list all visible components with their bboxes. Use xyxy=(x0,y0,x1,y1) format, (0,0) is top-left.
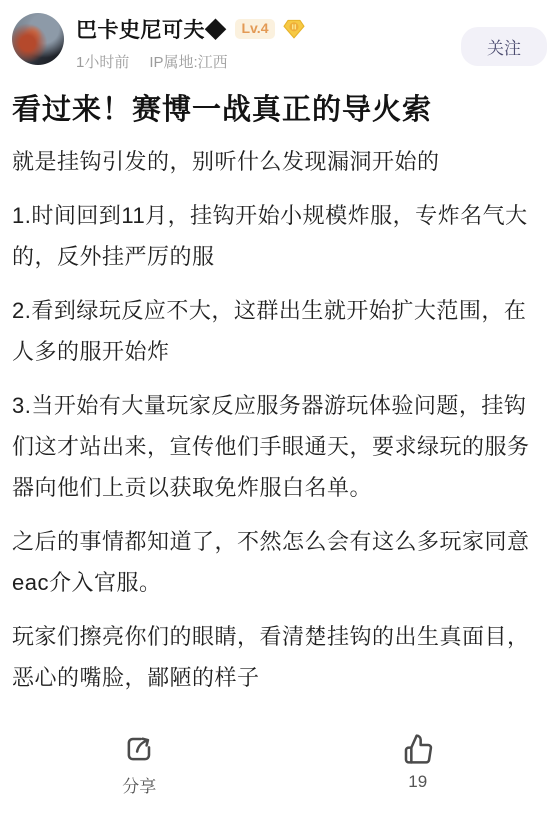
ip-location: IP属地:江西 xyxy=(149,51,227,72)
post-paragraph: 3.当开始有大量玩家反应服务器游玩体验问题，挂钩们这才站出来，宣传他们手眼通天，… xyxy=(12,385,545,508)
post-paragraph: 之后的事情都知道了，不然怎么会有这么多玩家同意eac介入官服。 xyxy=(12,521,545,603)
post-paragraph: 1.时间回到11月，挂钩开始小规模炸服，专炸名气大的，反外挂严厉的服 xyxy=(12,195,545,277)
share-label: 分享 xyxy=(122,772,156,797)
post-header: 巴卡史尼可夫◆ Lv.4 1小时前 IP属地:江西 关注 xyxy=(0,0,557,72)
gold-gem-icon xyxy=(283,19,305,39)
username[interactable]: 巴卡史尼可夫◆ xyxy=(76,14,227,44)
thumbs-up-icon xyxy=(402,733,434,765)
post-paragraph: 玩家们擦亮你们的眼睛，看清楚挂钩的出生真面目，恶心的嘴脸，鄙陋的样子 xyxy=(12,616,545,698)
post-paragraph: 就是挂钩引发的，别听什么发现漏洞开始的 xyxy=(12,141,545,182)
post-page: 巴卡史尼可夫◆ Lv.4 1小时前 IP属地:江西 关注 看过来！赛博一战真正的… xyxy=(0,0,557,830)
post-content: 看过来！赛博一战真正的导火索 就是挂钩引发的，别听什么发现漏洞开始的 1.时间回… xyxy=(0,92,557,698)
post-title: 看过来！赛博一战真正的导火索 xyxy=(12,92,545,128)
follow-button[interactable]: 关注 xyxy=(461,27,547,66)
post-body: 就是挂钩引发的，别听什么发现漏洞开始的 1.时间回到11月，挂钩开始小规模炸服，… xyxy=(12,141,545,698)
like-count: 19 xyxy=(408,772,427,792)
post-paragraph: 2.看到绿玩反应不大，这群出生就开始扩大范围，在人多的服开始炸 xyxy=(12,290,545,372)
action-bar: 分享 19 xyxy=(0,732,557,798)
share-icon xyxy=(123,733,155,765)
post-time: 1小时前 xyxy=(76,51,129,72)
like-button[interactable]: 19 xyxy=(279,732,557,798)
level-badge: Lv.4 xyxy=(235,19,276,38)
share-button[interactable]: 分享 xyxy=(0,732,279,798)
avatar[interactable] xyxy=(12,13,64,65)
